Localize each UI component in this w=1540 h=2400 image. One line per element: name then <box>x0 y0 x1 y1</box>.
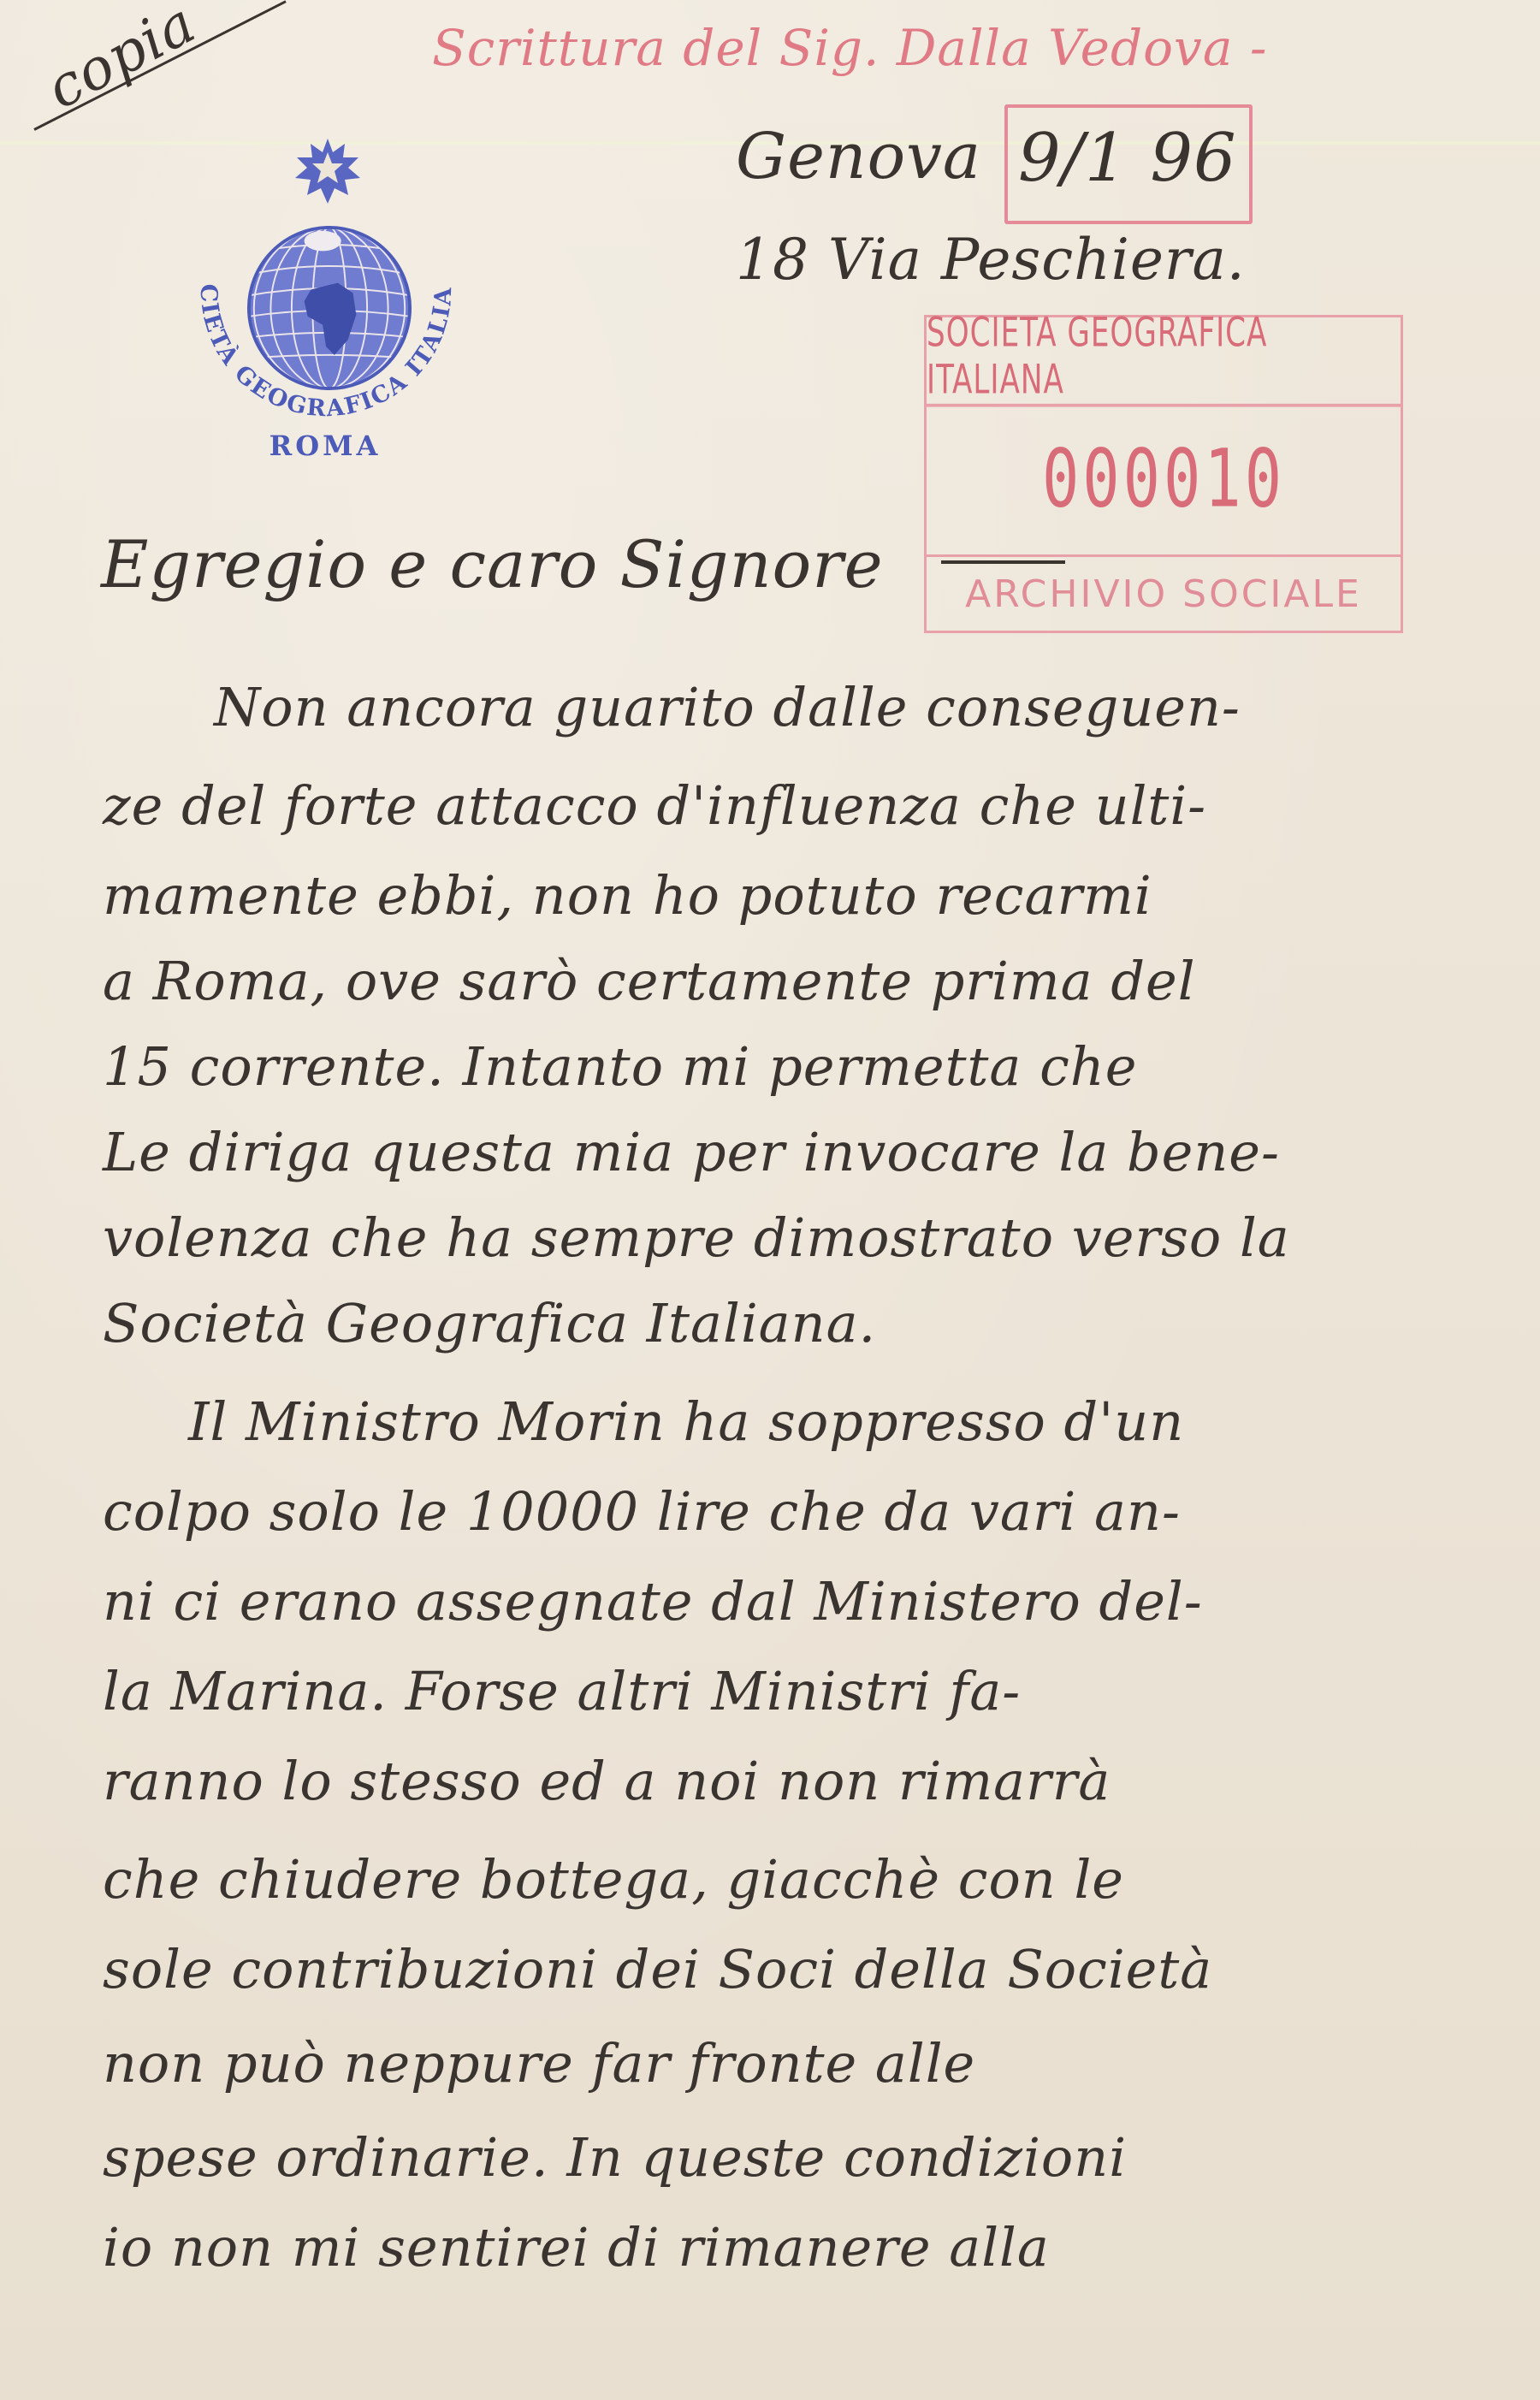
letter-date: 9/1 96 <box>1018 120 1237 197</box>
body-line: Il Ministro Morin ha soppresso d'un <box>188 1390 1184 1453</box>
body-line: colpo solo le 10000 lire che da vari an- <box>103 1480 1181 1543</box>
letter-place: Genova <box>736 120 981 193</box>
red-annotation: Scrittura del Sig. Dalla Vedova - <box>432 19 1267 77</box>
body-line: ni ci erano assegnate dal Ministero del- <box>103 1570 1203 1633</box>
body-line: io non mi sentirei di rimanere alla <box>103 2216 1050 2279</box>
svg-text:SOCIETÀ GEOGRAFICA ITALIANA: SOCIETÀ GEOGRAFICA ITALIANA <box>175 128 457 423</box>
body-line: volenza che ha sempre dimostrato verso l… <box>103 1206 1290 1269</box>
letterhead-emblem: SOCIETÀ GEOGRAFICA ITALIANA ROMA <box>175 128 475 471</box>
body-line: mamente ebbi, non ho potuto recarmi <box>103 864 1152 927</box>
body-line: ze del forte attacco d'influenza che ult… <box>103 774 1206 837</box>
body-line: la Marina. Forse altri Ministri fa- <box>103 1660 1021 1722</box>
letterhead-city: ROMA <box>175 430 475 462</box>
archive-stamp: SOCIETA GEOGRAFICA ITALIANA 000010 ARCHI… <box>924 315 1403 633</box>
body-line: sole contribuzioni dei Soci della Societ… <box>103 1938 1212 2000</box>
body-line: ranno lo stesso ed a noi non rimarrà <box>103 1750 1111 1812</box>
letter-address: 18 Via Peschiera. <box>736 227 1246 293</box>
stamp-label: ARCHIVIO SOCIALE <box>927 554 1401 631</box>
body-line: Non ancora guarito dalle conseguen- <box>214 676 1241 738</box>
body-line: Le diriga questa mia per invocare la ben… <box>103 1121 1280 1183</box>
body-line: a Roma, ove sarò certamente prima del <box>103 950 1196 1012</box>
body-line: che chiudere bottega, giacchè con le <box>103 1848 1124 1911</box>
letterhead-arc-text: SOCIETÀ GEOGRAFICA ITALIANA <box>175 128 475 471</box>
body-line: non può neppure far fronte alle <box>103 2032 975 2095</box>
body-line: spese ordinarie. In queste condizioni <box>103 2126 1127 2189</box>
salutation: Egregio e caro Signore <box>101 526 884 602</box>
body-line: 15 corrente. Intanto mi permetta che <box>103 1035 1137 1098</box>
salutation-flourish <box>941 560 1065 564</box>
stamp-number: 000010 <box>927 373 1401 584</box>
body-line: Società Geografica Italiana. <box>103 1292 876 1354</box>
